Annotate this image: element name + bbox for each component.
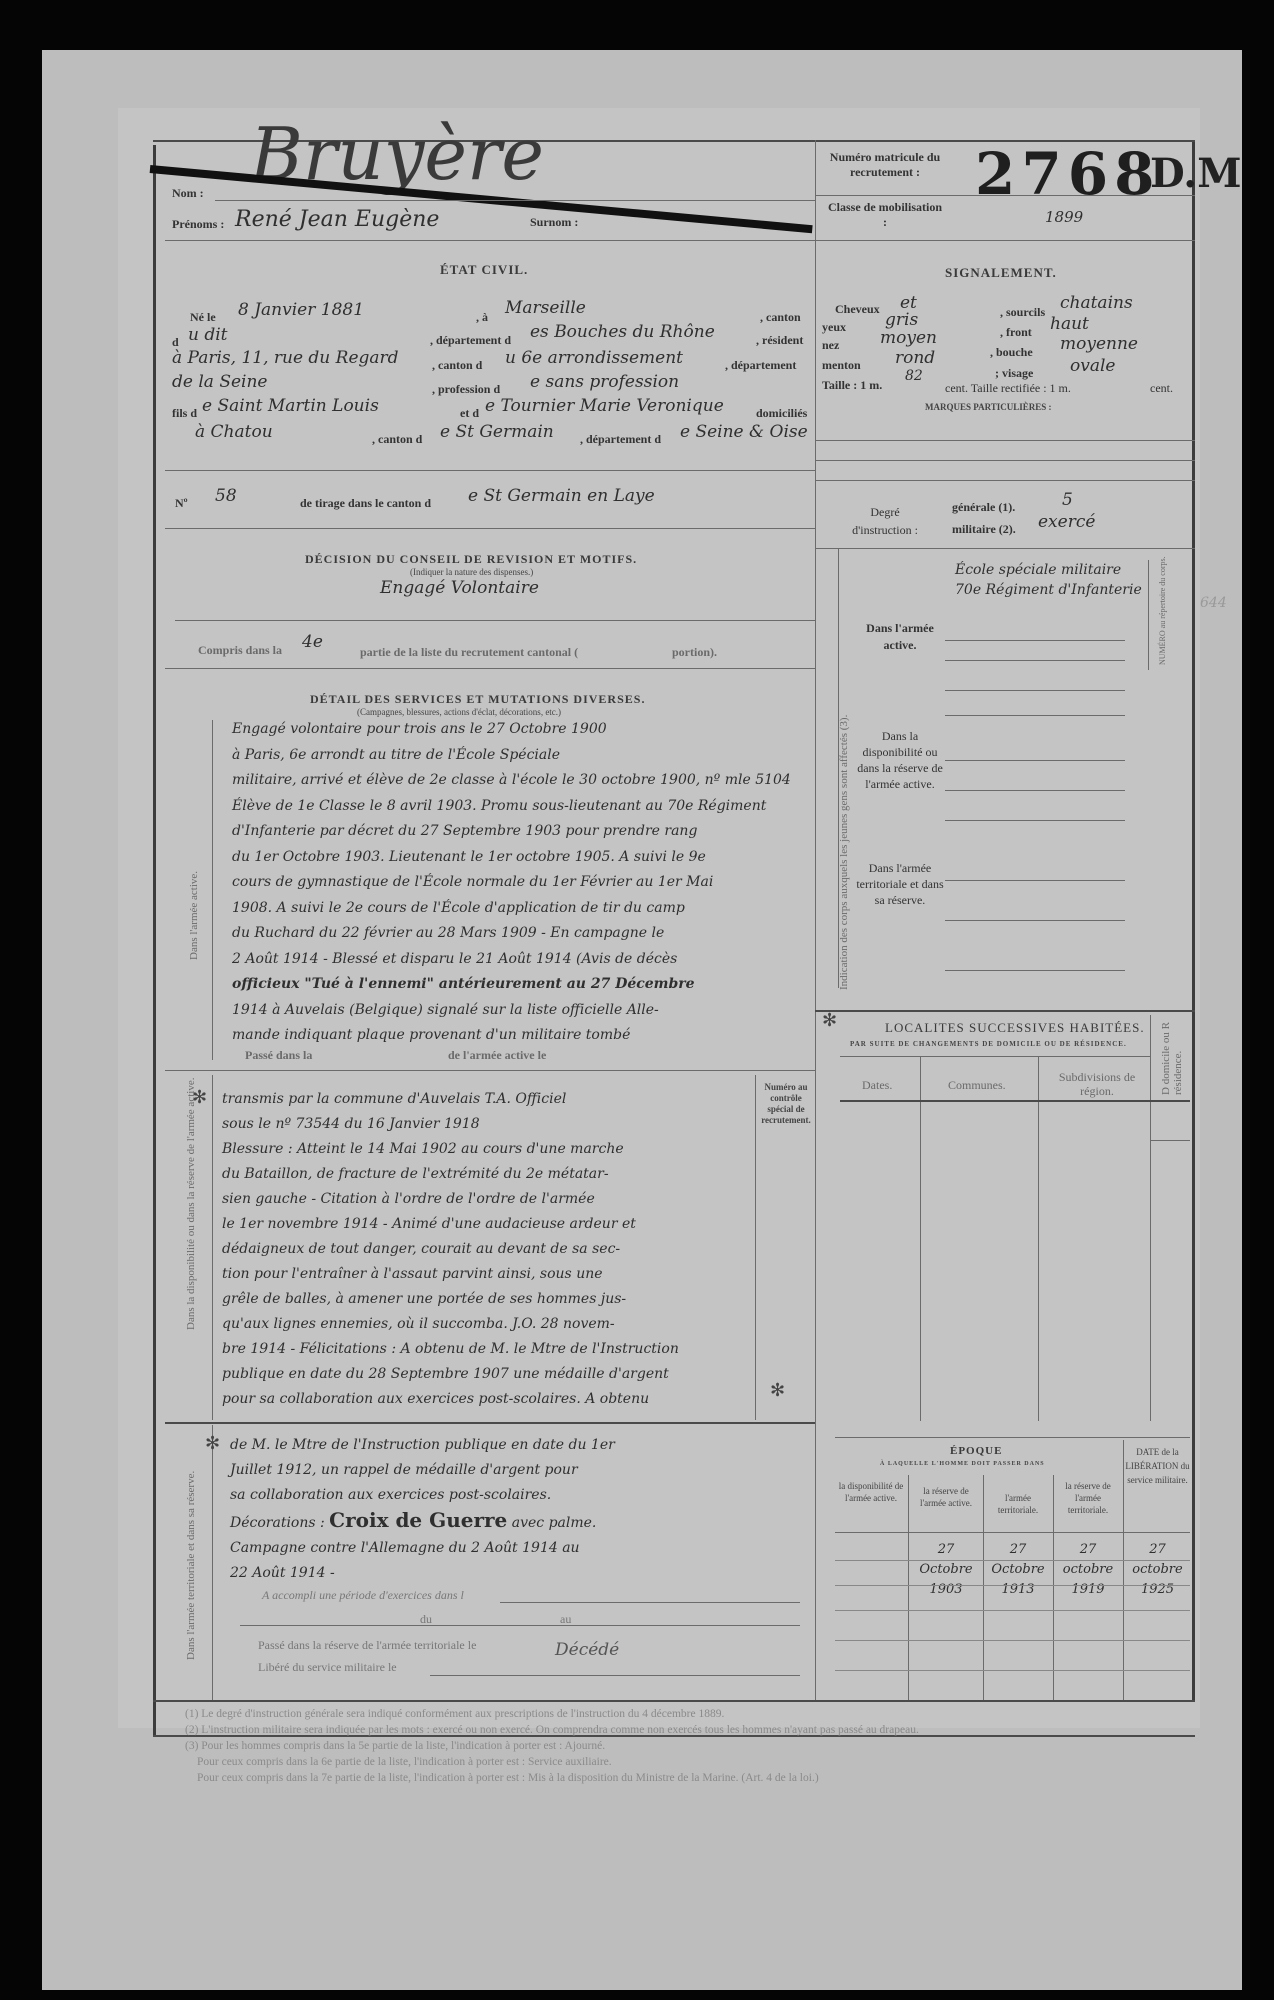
- birth-place: Marseille: [505, 298, 586, 318]
- etat-civil-title: ÉTAT CIVIL.: [440, 262, 528, 278]
- front-label: , front: [1000, 325, 1032, 340]
- profession-label: , profession d: [432, 382, 500, 397]
- signalement-title: SIGNALEMENT.: [945, 265, 1057, 281]
- residence-value: à Paris, 11, rue du Regard: [172, 348, 399, 368]
- parents-residence: à Chatou: [195, 422, 273, 442]
- compris-label: Compris dans la: [198, 643, 282, 658]
- disponibilite-line: Blessure : Atteint le 14 Mai 1902 au cou…: [222, 1137, 679, 1162]
- liberation-date: 27 octobre 1925: [1125, 1540, 1190, 1600]
- repertoire-label: NUMÉRO au répertoire du corps.: [1158, 556, 1167, 665]
- passe-label: Passé dans la: [245, 1048, 312, 1063]
- periode-label: A accompli une période d'exercices dans …: [262, 1588, 464, 1603]
- disponibilite-line: bre 1914 - Félicitations : A obtenu de M…: [222, 1337, 679, 1362]
- footnote: (3) Pour les hommes compris dans la 5e p…: [185, 1738, 919, 1754]
- territoriale-line: Juillet 1912, un rappel de médaille d'ar…: [230, 1458, 615, 1483]
- tirage-label: de tirage dans le canton d: [300, 496, 431, 511]
- departement3-value: e Seine & Oise: [680, 422, 808, 442]
- decision-value: Engagé Volontaire: [380, 578, 539, 598]
- fils-label: fils d: [172, 406, 197, 421]
- footnote: Pour ceux compris dans la 7e partie de l…: [185, 1770, 919, 1786]
- yeux-label: yeux: [822, 320, 846, 335]
- footnote: (2) L'instruction militaire sera indiqué…: [185, 1722, 919, 1738]
- departement2-label: , département: [725, 358, 796, 373]
- departement-value: es Bouches du Rhône: [530, 322, 715, 342]
- disponibilite-text: transmis par la commune d'Auvelais T.A. …: [222, 1087, 679, 1412]
- territoriale-date: 27 Octobre 1913: [985, 1540, 1051, 1600]
- a-label: , à: [476, 310, 488, 325]
- liberation-header: DATE de la LIBÉRATION du service militai…: [1125, 1445, 1190, 1487]
- disponibilite-line: sien gauche - Citation à l'ordre de l'or…: [222, 1187, 679, 1212]
- repertoire-value: 644: [1200, 590, 1227, 617]
- matricule-value: 2768: [975, 140, 1160, 208]
- bouche-value: moyenne: [1060, 334, 1138, 354]
- libere-label: Libéré du service militaire le: [258, 1660, 397, 1675]
- dates-header: Dates.: [862, 1078, 892, 1093]
- menton-label: menton: [822, 358, 861, 373]
- footnote: (1) Le degré d'instruction générale sera…: [185, 1706, 919, 1722]
- disponibilite-line: tion pour l'entraîner à l'assaut parvint…: [222, 1262, 679, 1287]
- militaire-label: militaire (2).: [952, 522, 1016, 537]
- armee-active-label: Dans l'armée active.: [855, 620, 945, 654]
- canton2-label: , canton d: [432, 358, 482, 373]
- generale-label: générale (1).: [952, 500, 1015, 515]
- decorations-suffix: avec palme.: [512, 1515, 597, 1531]
- reserve-territoriale-date: 27 octobre 1919: [1055, 1540, 1121, 1600]
- marques-label: MARQUES PARTICULIÈRES :: [925, 402, 1052, 412]
- territoriale-text: de M. le Mtre de l'Instruction publique …: [230, 1433, 615, 1586]
- father-name: e Saint Martin Louis: [202, 396, 379, 416]
- services-subtitle: (Campagnes, blessures, actions d'éclat, …: [357, 707, 561, 717]
- classe-label: Classe de mobilisation :: [825, 200, 945, 230]
- epoque-col-header: l'armée territoriale.: [985, 1492, 1051, 1516]
- decorations-label: Décorations :: [230, 1515, 325, 1531]
- tirage-canton: e St Germain en Laye: [468, 486, 655, 506]
- disponibilite-line: transmis par la commune d'Auvelais T.A. …: [222, 1087, 679, 1112]
- departement3-label: , département d: [580, 432, 661, 447]
- services-line: d'Infanterie par décret du 27 Septembre …: [232, 819, 791, 845]
- profession-value: e sans profession: [530, 372, 679, 392]
- services-line: cours de gymnastique de l'École normale …: [232, 870, 791, 896]
- services-line: du Ruchard du 22 février au 28 Mars 1909…: [232, 921, 791, 947]
- communes-header: Communes.: [948, 1078, 1006, 1093]
- decorations-value: Croix de Guerre: [329, 1508, 507, 1532]
- taille-value: 82: [905, 368, 923, 384]
- nez-value: moyen: [880, 328, 937, 348]
- visage-label: ; visage: [995, 366, 1033, 381]
- localites-subtitle: PAR SUITE DE CHANGEMENTS DE DOMICILE OU …: [850, 1040, 1127, 1048]
- domicilies-label: domiciliés: [756, 406, 807, 421]
- services-title: DÉTAIL DES SERVICES ET MUTATIONS DIVERSE…: [310, 692, 645, 707]
- services-line: à Paris, 6e arrondt au titre de l'École …: [232, 743, 791, 769]
- taille-label: Taille : 1 m.: [822, 378, 882, 393]
- generale-value: 5: [1062, 490, 1073, 510]
- canton-value: u dit: [188, 325, 228, 345]
- decorations-line: Décorations : Croix de Guerre avec palme…: [230, 1508, 615, 1536]
- affectations-side-label: Indication des corps auxquels les jeunes…: [838, 715, 850, 990]
- mother-name: e Tournier Marie Veronique: [485, 396, 724, 416]
- epoque-title: ÉPOQUE: [950, 1445, 1002, 1457]
- services-line: du 1er Octobre 1903. Lieutenant le 1er o…: [232, 845, 791, 871]
- canton2-value: u 6e arrondissement: [505, 348, 683, 368]
- ne-le-label: Né le: [190, 310, 216, 325]
- disponibilite-line: dédaigneux de tout danger, courait au de…: [222, 1237, 679, 1262]
- footnotes: (1) Le degré d'instruction générale sera…: [185, 1706, 919, 1786]
- disponibilite-label: Dans la disponibilité ou dans la réserve…: [855, 728, 945, 792]
- et-de-label: et d: [460, 406, 479, 421]
- services-line: mande indiquant plaque provenant d'un mi…: [232, 1023, 791, 1049]
- prenoms-value: René Jean Eugène: [235, 207, 439, 232]
- canton-label: , canton: [760, 310, 801, 325]
- campagne-line: Campagne contre l'Allemagne du 2 Août 19…: [230, 1536, 615, 1561]
- bouche-label: , bouche: [990, 345, 1033, 360]
- departement2-value: de la Seine: [172, 372, 267, 392]
- matricule-stamp: D.M: [1150, 150, 1241, 197]
- armee-active-affectation: École spéciale militaire 70e Régiment d'…: [955, 560, 1142, 600]
- footnote: Pour ceux compris dans la 6e partie de l…: [185, 1754, 919, 1770]
- services-line: 1914 à Auvelais (Belgique) signalé sur l…: [232, 998, 791, 1024]
- services-line: militaire, arrivé et élève de 2e classe …: [232, 768, 791, 794]
- partie-label: partie de la liste du recrutement canton…: [360, 645, 578, 660]
- tirage-no-label: Nº: [175, 496, 188, 511]
- passe-reserve-label: Passé dans la réserve de l'armée territo…: [258, 1638, 476, 1653]
- instruction-label: Degré d'instruction :: [840, 503, 930, 539]
- controle-label: Numéro au contrôle spécial de recrutemen…: [758, 1082, 814, 1126]
- asterisk-marker: ✻: [822, 1010, 837, 1031]
- disponibilite-line: pour sa collaboration aux exercices post…: [222, 1387, 679, 1412]
- subdivisions-header: Subdivisions de région.: [1052, 1070, 1142, 1098]
- services-text: Engagé volontaire pour trois ans le 27 O…: [232, 717, 791, 1049]
- localites-title: LOCALITES SUCCESSIVES HABITÉES.: [885, 1020, 1145, 1036]
- decision-subtitle: (Indiquer la nature des dispenses.): [410, 567, 533, 577]
- nom-label: Nom :: [172, 186, 204, 201]
- compris-value: 4e: [302, 632, 323, 652]
- visage-value: ovale: [1070, 356, 1115, 376]
- footnote-divider: [153, 1700, 1195, 1702]
- yeux-value: gris: [885, 310, 918, 330]
- epoque-col-header: la réserve de l'armée territoriale.: [1055, 1480, 1121, 1516]
- taille-rectifiee-label: cent. Taille rectifiée : 1 m.: [945, 381, 1071, 396]
- menton-value: rond: [895, 348, 935, 368]
- epoque-col-header: la disponibilité de l'armée active.: [836, 1480, 906, 1504]
- disponibilite-line: qu'aux lignes ennemies, où il succomba. …: [222, 1312, 679, 1337]
- territoriale-line: de M. le Mtre de l'Instruction publique …: [230, 1433, 615, 1458]
- services-side-label: Dans l'armée active.: [188, 871, 200, 960]
- reserve-active-date: 27 Octobre 1903: [910, 1540, 982, 1600]
- surnom-label: Surnom :: [530, 215, 578, 230]
- disponibilite-line: publique en date du 28 Septembre 1907 un…: [222, 1362, 679, 1387]
- disponibilite-line: du Bataillon, de fracture de l'extrémité…: [222, 1162, 679, 1187]
- campagne-line: 22 Août 1914 -: [230, 1561, 615, 1586]
- services-line: Engagé volontaire pour trois ans le 27 O…: [232, 717, 791, 743]
- militaire-value: exercé: [1038, 512, 1095, 532]
- domicile-residence-header: D domicile ou R résidence.: [1160, 1015, 1184, 1095]
- passe-label2: de l'armée active le: [448, 1048, 546, 1063]
- territoriale-side-label: Dans l'armée territoriale et dans sa rés…: [185, 1420, 198, 1660]
- disponibilite-side-label: Dans la disponibilité ou dans la réserve…: [185, 1070, 198, 1330]
- sourcils-value: chatains: [1060, 293, 1133, 313]
- cheveux-label: Cheveux: [835, 302, 880, 317]
- libere-value: Décédé: [555, 1640, 619, 1660]
- decision-title: DÉCISION DU CONSEIL DE REVISION ET MOTIF…: [305, 552, 637, 567]
- epoque-col-header: la réserve de l'armée active.: [910, 1485, 982, 1509]
- resident-label: , résident: [756, 333, 803, 348]
- asterisk-marker: ✻: [205, 1433, 220, 1454]
- birth-date: 8 Janvier 1881: [238, 300, 364, 320]
- services-line: 2 Août 1914 - Blessé et disparu le 21 Ao…: [232, 947, 791, 973]
- departement-label: , département d: [430, 333, 511, 348]
- sourcils-label: , sourcils: [1000, 305, 1045, 320]
- affectation-line: 70e Régiment d'Infanterie: [955, 580, 1142, 600]
- territoriale-label: Dans l'armée territoriale et dans sa rés…: [855, 860, 945, 908]
- classe-value: 1899: [1045, 208, 1083, 226]
- asterisk-marker: ✻: [770, 1380, 785, 1401]
- column-divider: [815, 140, 816, 1700]
- front-value: haut: [1050, 314, 1089, 334]
- affectation-line: École spéciale militaire: [955, 560, 1142, 580]
- services-line: 1908. A suivi le 2e cours de l'École d'a…: [232, 896, 791, 922]
- nez-label: nez: [822, 338, 839, 353]
- disponibilite-line: sous le nº 73544 du 16 Janvier 1918: [222, 1112, 679, 1137]
- epoque-subtitle: À LAQUELLE L'HOMME DOIT PASSER DANS: [880, 1461, 1045, 1467]
- right-border: [1192, 140, 1195, 1700]
- canton3-label: , canton d: [372, 432, 422, 447]
- territoriale-line: sa collaboration aux exercices post-scol…: [230, 1483, 615, 1508]
- portion-label: portion).: [672, 645, 717, 660]
- services-line: Élève de 1e Classe le 8 avril 1903. Prom…: [232, 794, 791, 820]
- left-border: [153, 145, 156, 1735]
- disponibilite-line: le 1er novembre 1914 - Animé d'une audac…: [222, 1212, 679, 1237]
- canton3-value: e St Germain: [440, 422, 554, 442]
- disponibilite-line: grêle de balles, à amener une portée de …: [222, 1287, 679, 1312]
- taille-cent-label: cent.: [1150, 381, 1173, 396]
- tirage-number: 58: [215, 486, 237, 506]
- matricule-label: Numéro matricule du recrutement :: [825, 150, 945, 180]
- asterisk-marker: ✻: [192, 1087, 207, 1108]
- services-line: officieux "Tué à l'ennemi" antérieuremen…: [232, 972, 791, 998]
- prenoms-label: Prénoms :: [172, 217, 224, 232]
